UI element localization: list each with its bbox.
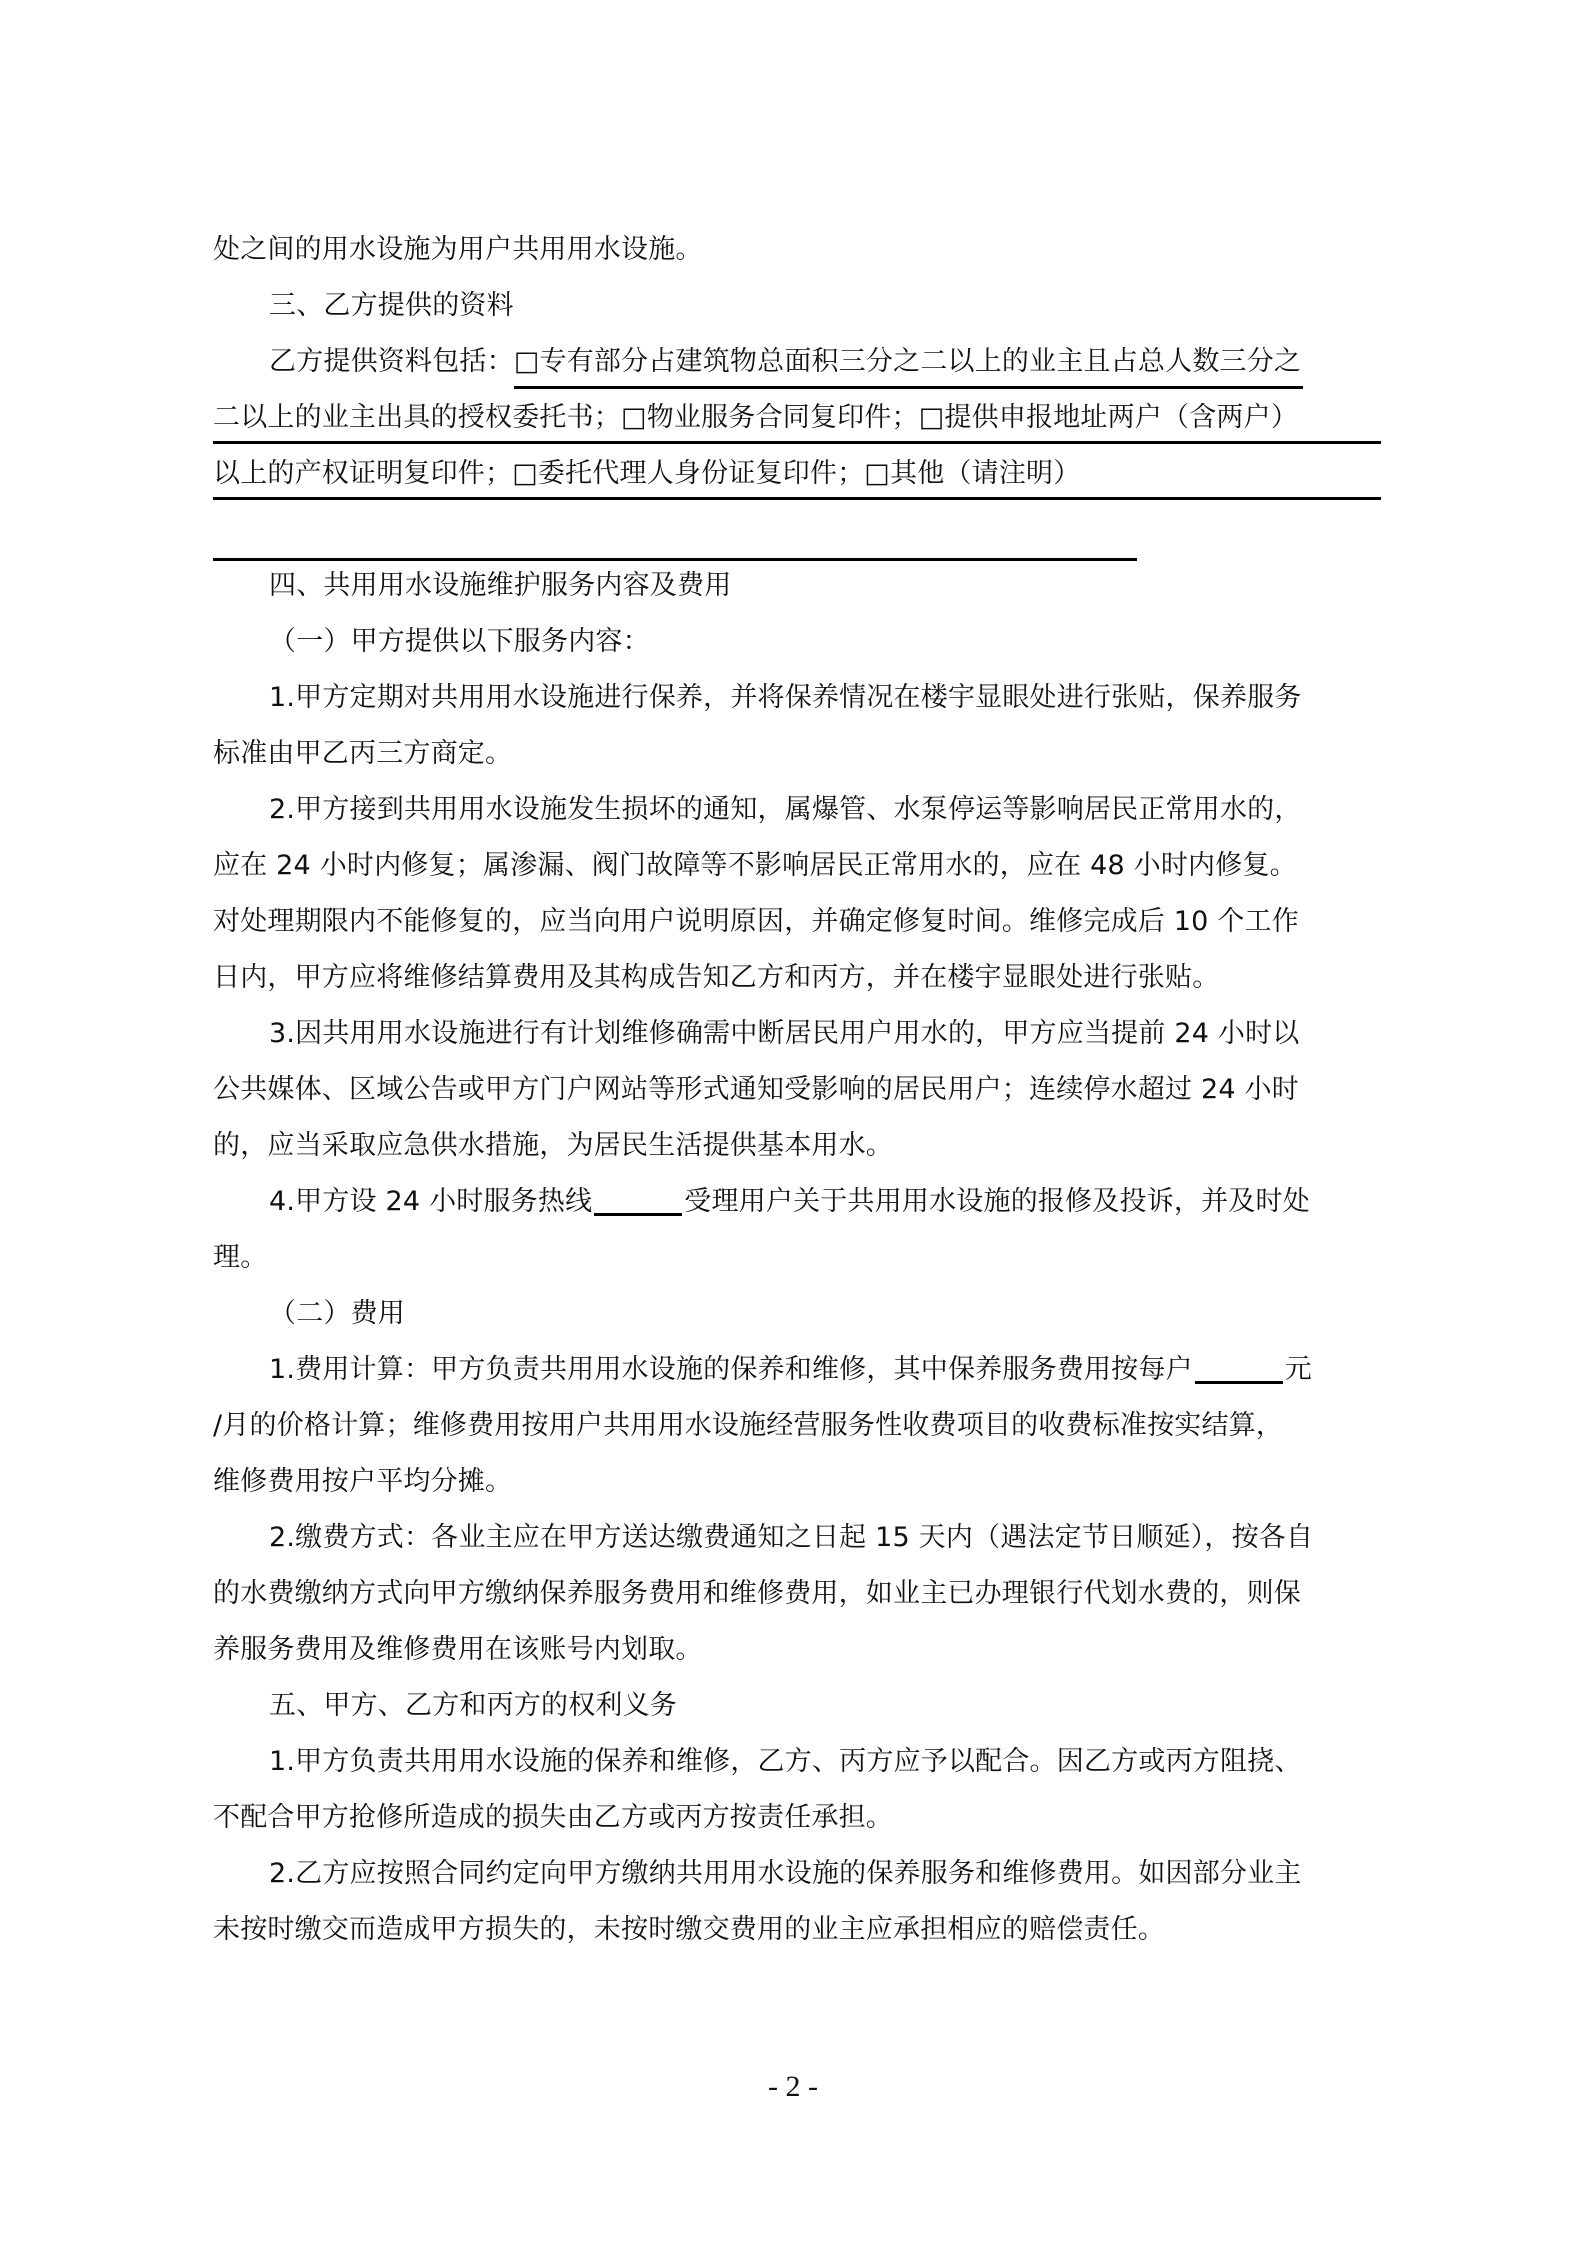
- line-text: 养服务费用及维修费用在该账号内划取。: [213, 1634, 703, 1665]
- materials-line-3: 以上的产权证明复印件；□委托代理人身份证复印件；□其他（请注明）: [213, 446, 1381, 502]
- other-materials-fill-line[interactable]: [213, 558, 1137, 561]
- line-text: 理。: [213, 1242, 267, 1273]
- heading-text: （一）甲方提供以下服务内容：: [269, 626, 650, 657]
- line-text: 1.甲方负责共用用水设施的保养和维修，乙方、丙方应予以配合。因乙方或丙方阻挠、: [269, 1746, 1302, 1777]
- clause-line: 不配合甲方抢修所造成的损失由乙方或丙方按责任承担。: [213, 1790, 1381, 1846]
- clause-line: /月的价格计算；维修费用按用户共用用水设施经营服务性收费项目的收费标准按实结算，: [213, 1398, 1381, 1454]
- line-text: 公共媒体、区域公告或甲方门户网站等形式通知受影响的居民用户；连续停水超过 24 …: [213, 1074, 1299, 1105]
- page-number: - 2 -: [0, 2070, 1586, 2104]
- line-text: 不配合甲方抢修所造成的损失由乙方或丙方按责任承担。: [213, 1802, 893, 1833]
- clause-line: 的，应当采取应急供水措施，为居民生活提供基本用水。: [213, 1118, 1381, 1174]
- blank-fill-line: [213, 502, 1381, 558]
- line-text: 对处理期限内不能修复的，应当向用户说明原因，并确定修复时间。维修完成后 10 个…: [213, 906, 1299, 937]
- line-text: 未按时缴交而造成甲方损失的，未按时缴交费用的业主应承担相应的赔偿责任。: [213, 1914, 1165, 1945]
- subsection-heading-2: （二）费用: [213, 1286, 1381, 1342]
- hotline-blank-field[interactable]: [594, 1183, 682, 1216]
- clause-line-fee: 1.费用计算：甲方负责共用用水设施的保养和维修，其中保养服务费用按每户元: [213, 1342, 1381, 1398]
- line-text: 2.甲方接到共用用水设施发生损坏的通知，属爆管、水泵停运等影响居民正常用水的，: [269, 794, 1302, 825]
- fee-amount-blank-field[interactable]: [1195, 1351, 1283, 1384]
- materials-options: □专有部分占建筑物总面积三分之二以上的业主且占总人数三分之: [514, 346, 1301, 377]
- line-text: /月的价格计算；维修费用按用户共用用水设施经营服务性收费项目的收费标准按实结算，: [213, 1410, 1283, 1441]
- clause-line: 应在 24 小时内修复；属渗漏、阀门故障等不影响居民正常用水的，应在 48 小时…: [213, 838, 1381, 894]
- document-page: 处之间的用水设施为用户共用用水设施。 三、乙方提供的资料 乙方提供资料包括：□专…: [0, 0, 1586, 2244]
- clause-line: 公共媒体、区域公告或甲方门户网站等形式通知受影响的居民用户；连续停水超过 24 …: [213, 1062, 1381, 1118]
- line-text: 的，应当采取应急供水措施，为居民生活提供基本用水。: [213, 1130, 893, 1161]
- clause-line: 的水费缴纳方式向甲方缴纳保养服务费用和维修费用，如业主已办理银行代划水费的，则保: [213, 1566, 1381, 1622]
- paragraph-continuation: 处之间的用水设施为用户共用用水设施。: [213, 222, 1381, 278]
- underlined-text: 二以上的业主出具的授权委托书；□物业服务合同复印件；□提供申报地址两户（含两户）: [213, 402, 1298, 433]
- clause-line: 1.甲方负责共用用水设施的保养和维修，乙方、丙方应予以配合。因乙方或丙方阻挠、: [213, 1734, 1381, 1790]
- clause-line: 3.因共用用水设施进行有计划维修确需中断居民用户用水的，甲方应当提前 24 小时…: [213, 1006, 1381, 1062]
- line-text: 处之间的用水设施为用户共用用水设施。: [213, 234, 703, 265]
- line-text: 受理用户关于共用用水设施的报修及投诉，并及时处: [684, 1186, 1310, 1217]
- underlined-text: 以上的产权证明复印件；□委托代理人身份证复印件；□其他（请注明）: [213, 458, 1080, 489]
- line-text: 3.因共用用水设施进行有计划维修确需中断居民用户用水的，甲方应当提前 24 小时…: [269, 1018, 1299, 1049]
- line-text: 1.费用计算：甲方负责共用用水设施的保养和维修，其中保养服务费用按每户: [269, 1354, 1193, 1385]
- materials-label: 乙方提供资料包括：: [269, 346, 514, 377]
- section-heading-4: 四、共用用水设施维护服务内容及费用: [213, 558, 1381, 614]
- line-text: 维修费用按户平均分摊。: [213, 1466, 512, 1497]
- clause-line: 养服务费用及维修费用在该账号内划取。: [213, 1622, 1381, 1678]
- underlined-text: □专有部分占建筑物总面积三分之二以上的业主且占总人数三分之: [514, 346, 1301, 377]
- heading-text: （二）费用: [269, 1298, 405, 1329]
- subsection-heading-1: （一）甲方提供以下服务内容：: [213, 614, 1381, 670]
- clause-line: 维修费用按户平均分摊。: [213, 1454, 1381, 1510]
- clause-line: 对处理期限内不能修复的，应当向用户说明原因，并确定修复时间。维修完成后 10 个…: [213, 894, 1381, 950]
- section-heading-5: 五、甲方、乙方和丙方的权利义务: [213, 1678, 1381, 1734]
- clause-line: 日内，甲方应将维修结算费用及其构成告知乙方和丙方，并在楼宇显眼处进行张贴。: [213, 950, 1381, 1006]
- clause-line-hotline: 4.甲方设 24 小时服务热线受理用户关于共用用水设施的报修及投诉，并及时处: [213, 1174, 1381, 1230]
- line-text: 的水费缴纳方式向甲方缴纳保养服务费用和维修费用，如业主已办理银行代划水费的，则保: [213, 1578, 1301, 1609]
- clause-line: 2.缴费方式：各业主应在甲方送达缴费通知之日起 15 天内（遇法定节日顺延），按…: [213, 1510, 1381, 1566]
- line-text: 2.乙方应按照合同约定向甲方缴纳共用用水设施的保养服务和维修费用。如因部分业主: [269, 1858, 1302, 1889]
- heading-text: 五、甲方、乙方和丙方的权利义务: [269, 1690, 677, 1721]
- heading-text: 四、共用用水设施维护服务内容及费用: [269, 570, 731, 601]
- line-text: 应在 24 小时内修复；属渗漏、阀门故障等不影响居民正常用水的，应在 48 小时…: [213, 850, 1297, 881]
- section-heading-3: 三、乙方提供的资料: [213, 278, 1381, 334]
- clause-line: 2.乙方应按照合同约定向甲方缴纳共用用水设施的保养服务和维修费用。如因部分业主: [213, 1846, 1381, 1902]
- materials-line-2: 二以上的业主出具的授权委托书；□物业服务合同复印件；□提供申报地址两户（含两户）: [213, 390, 1381, 446]
- clause-line: 理。: [213, 1230, 1381, 1286]
- materials-line-1: 乙方提供资料包括：□专有部分占建筑物总面积三分之二以上的业主且占总人数三分之: [213, 334, 1381, 390]
- clause-line: 未按时缴交而造成甲方损失的，未按时缴交费用的业主应承担相应的赔偿责任。: [213, 1902, 1381, 1958]
- line-text: 1.甲方定期对共用用水设施进行保养，并将保养情况在楼宇显眼处进行张贴，保养服务: [269, 682, 1302, 713]
- clause-line: 2.甲方接到共用用水设施发生损坏的通知，属爆管、水泵停运等影响居民正常用水的，: [213, 782, 1381, 838]
- clause-line: 标准由甲乙丙三方商定。: [213, 726, 1381, 782]
- clause-line: 1.甲方定期对共用用水设施进行保养，并将保养情况在楼宇显眼处进行张贴，保养服务: [213, 670, 1381, 726]
- line-text: 4.甲方设 24 小时服务热线: [269, 1186, 592, 1217]
- heading-text: 三、乙方提供的资料: [269, 290, 514, 321]
- line-text: 2.缴费方式：各业主应在甲方送达缴费通知之日起 15 天内（遇法定节日顺延），按…: [269, 1522, 1313, 1553]
- line-text: 元: [1285, 1354, 1312, 1385]
- line-text: 日内，甲方应将维修结算费用及其构成告知乙方和丙方，并在楼宇显眼处进行张贴。: [213, 962, 1219, 993]
- document-body: 处之间的用水设施为用户共用用水设施。 三、乙方提供的资料 乙方提供资料包括：□专…: [213, 222, 1381, 1958]
- line-text: 标准由甲乙丙三方商定。: [213, 738, 512, 769]
